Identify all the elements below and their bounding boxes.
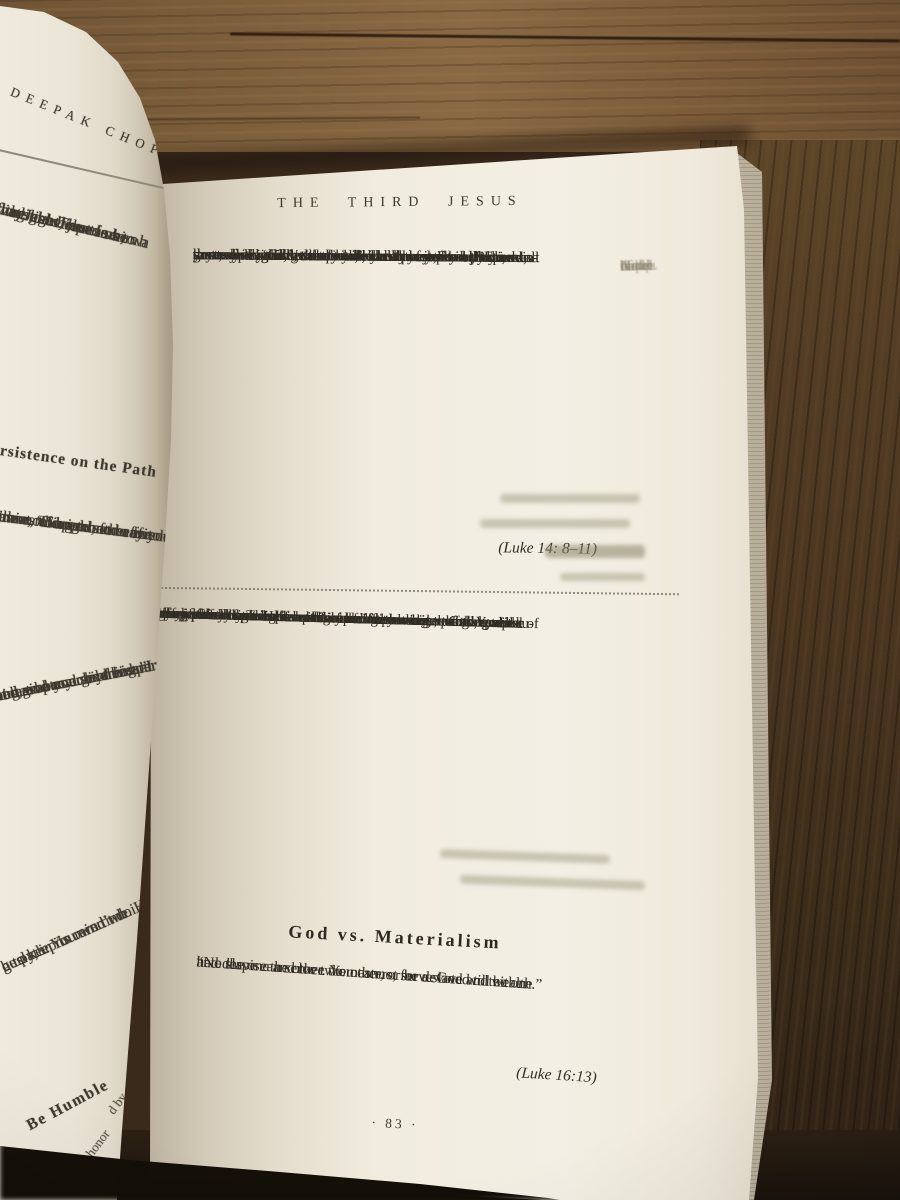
body-paragraph: Jesus frequently speaks of humility bein… [137,600,642,614]
open-book-photo: THE THIRD JESUS more distinguished than … [0,0,900,1200]
ink-showthrough-smudge [460,875,645,890]
citation-luke16: (Luke 16:13) [197,1044,637,1090]
ink-showthrough-smudge [440,849,610,864]
dotted-separator [146,587,679,596]
page-number: · 83 · [185,1105,605,1143]
block-quote-luke14: more distinguished than you has been inv… [193,241,621,245]
ink-showthrough-smudge [480,519,630,528]
wood-crack [230,32,900,42]
verso-subheading-fragment: Be Humble [24,1077,112,1135]
ink-showthrough-smudge [545,545,645,558]
running-head-right: THE THIRD JESUS [190,193,610,213]
verso-rule-line [0,148,168,190]
ink-showthrough-smudge [500,494,640,503]
verso-section-heading-fragment: rsistence on the Path [0,442,158,482]
ink-showthrough-smudge [560,573,645,581]
